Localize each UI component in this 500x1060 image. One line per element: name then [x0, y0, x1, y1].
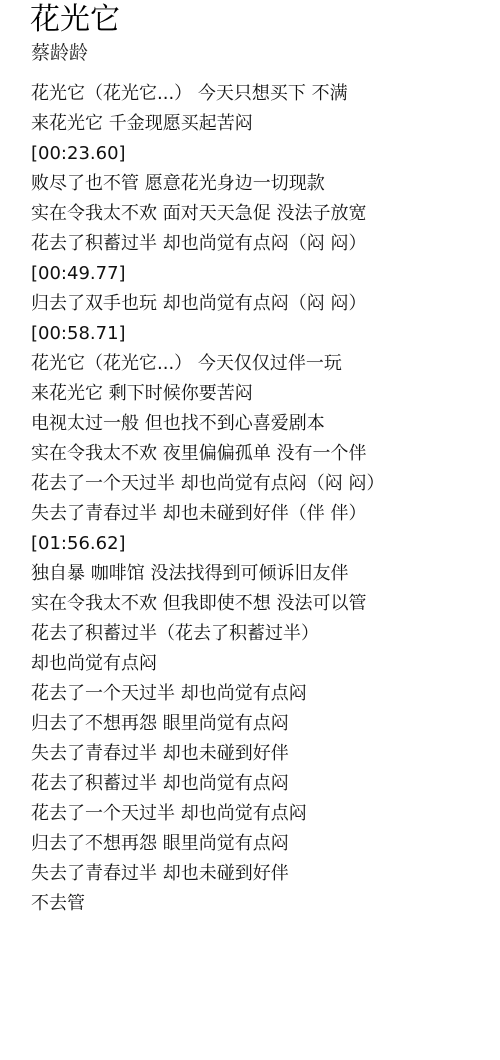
lyric-line: 花光它（花光它...） 今天仅仅过伴一玩 [31, 349, 384, 379]
lyric-line: 花去了一个天过半 却也尚觉有点闷 [31, 799, 384, 829]
lyric-line: 独自暴 咖啡馆 没法找得到可倾诉旧友伴 [31, 559, 384, 589]
lyric-timestamp: [00:49.77] [31, 259, 384, 289]
lyric-line: 花去了一个天过半 却也尚觉有点闷（闷 闷） [31, 469, 384, 499]
lyric-line: 不去管 [31, 889, 384, 919]
lyric-line: 实在令我太不欢 但我即使不想 没法可以管 [31, 589, 384, 619]
song-title: 花光它 [30, 0, 120, 40]
lyric-line: 花去了积蓄过半 却也尚觉有点闷（闷 闷） [31, 229, 384, 259]
lyric-line: 归去了双手也玩 却也尚觉有点闷（闷 闷） [31, 289, 384, 319]
lyric-timestamp: [00:58.71] [31, 319, 384, 349]
lyric-line: 败尽了也不管 愿意花光身边一切现款 [31, 169, 384, 199]
lyric-line: 失去了青春过半 却也未碰到好伴 [31, 859, 384, 889]
lyric-line: 失去了青春过半 却也未碰到好伴（伴 伴） [31, 499, 384, 529]
lyric-line: 花光它（花光它...） 今天只想买下 不满 [31, 79, 384, 109]
lyric-line: 却也尚觉有点闷 [31, 649, 384, 679]
lyric-line: 花去了积蓄过半 却也尚觉有点闷 [31, 769, 384, 799]
artist-name: 蔡龄龄 [31, 40, 88, 66]
lyric-line: 归去了不想再怨 眼里尚觉有点闷 [31, 829, 384, 859]
lyric-line: 花去了一个天过半 却也尚觉有点闷 [31, 679, 384, 709]
lyric-line: 来花光它 千金现愿买起苦闷 [31, 109, 384, 139]
lyric-line: 实在令我太不欢 面对天天急促 没法子放宽 [31, 199, 384, 229]
lyric-line: 实在令我太不欢 夜里偏偏孤单 没有一个伴 [31, 439, 384, 469]
lyric-line: 电视太过一般 但也找不到心喜爱剧本 [31, 409, 384, 439]
lyric-timestamp: [01:56.62] [31, 529, 384, 559]
lyric-line: 来花光它 剩下时候你要苦闷 [31, 379, 384, 409]
lyric-line: 归去了不想再怨 眼里尚觉有点闷 [31, 709, 384, 739]
lyric-timestamp: [00:23.60] [31, 139, 384, 169]
lyric-line: 花去了积蓄过半（花去了积蓄过半） [31, 619, 384, 649]
lyric-line: 失去了青春过半 却也未碰到好伴 [31, 739, 384, 769]
lyrics-list: 花光它（花光它...） 今天只想买下 不满 来花光它 千金现愿买起苦闷 [00:… [31, 79, 384, 919]
